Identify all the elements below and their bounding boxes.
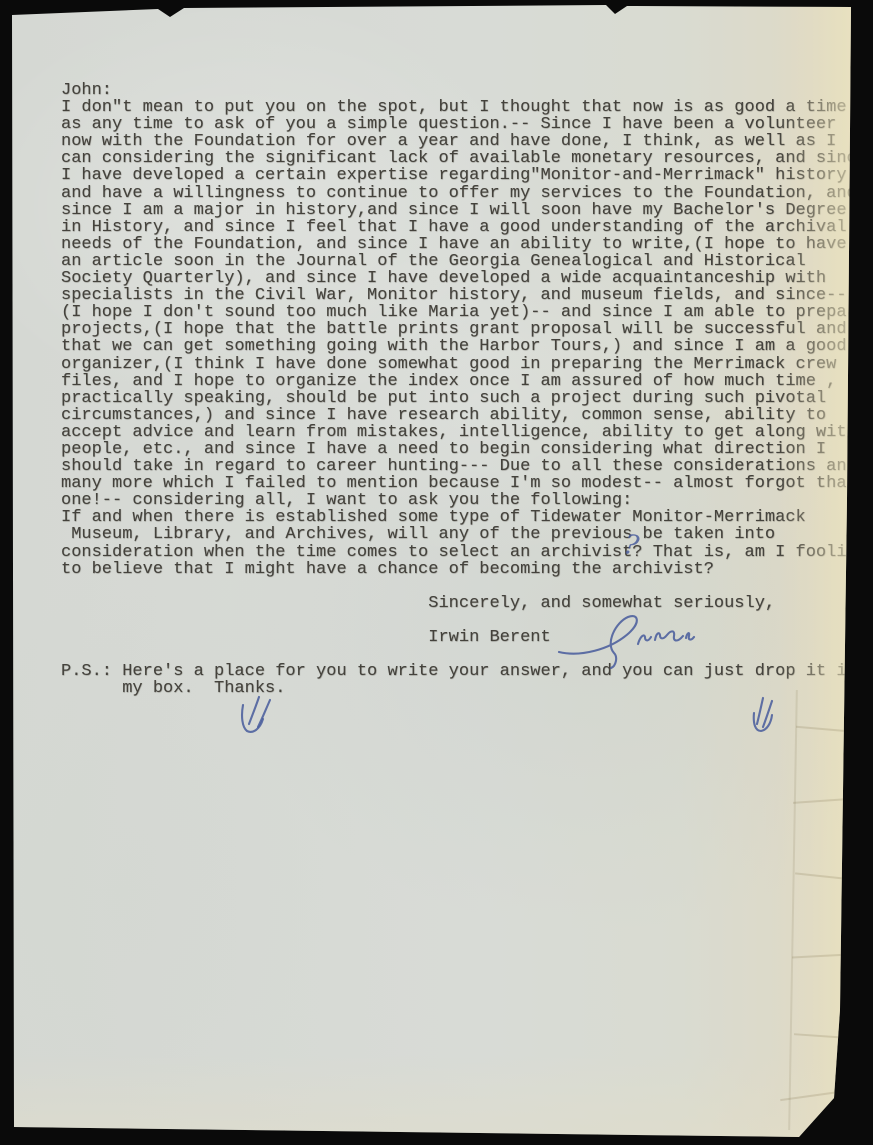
fold-crease-line xyxy=(793,798,848,803)
fold-crease-line xyxy=(794,1033,846,1038)
fold-crease-vertical xyxy=(788,690,797,1130)
fold-crease-line xyxy=(780,1091,840,1101)
fold-crease-line xyxy=(796,726,848,732)
hand-drawn-down-arrow-left-icon xyxy=(242,697,270,732)
scanned-letter-page: John: I don"t mean to put you on the spo… xyxy=(0,0,873,1145)
hand-drawn-down-arrow-right-icon xyxy=(754,698,772,731)
fold-crease-line xyxy=(795,872,845,879)
fold-crease-line xyxy=(792,954,848,958)
paper-bottom-aging xyxy=(0,1055,873,1145)
letter-body-text: John: I don"t mean to put you on the spo… xyxy=(61,82,867,697)
letter-paper: John: I don"t mean to put you on the spo… xyxy=(0,0,873,1145)
